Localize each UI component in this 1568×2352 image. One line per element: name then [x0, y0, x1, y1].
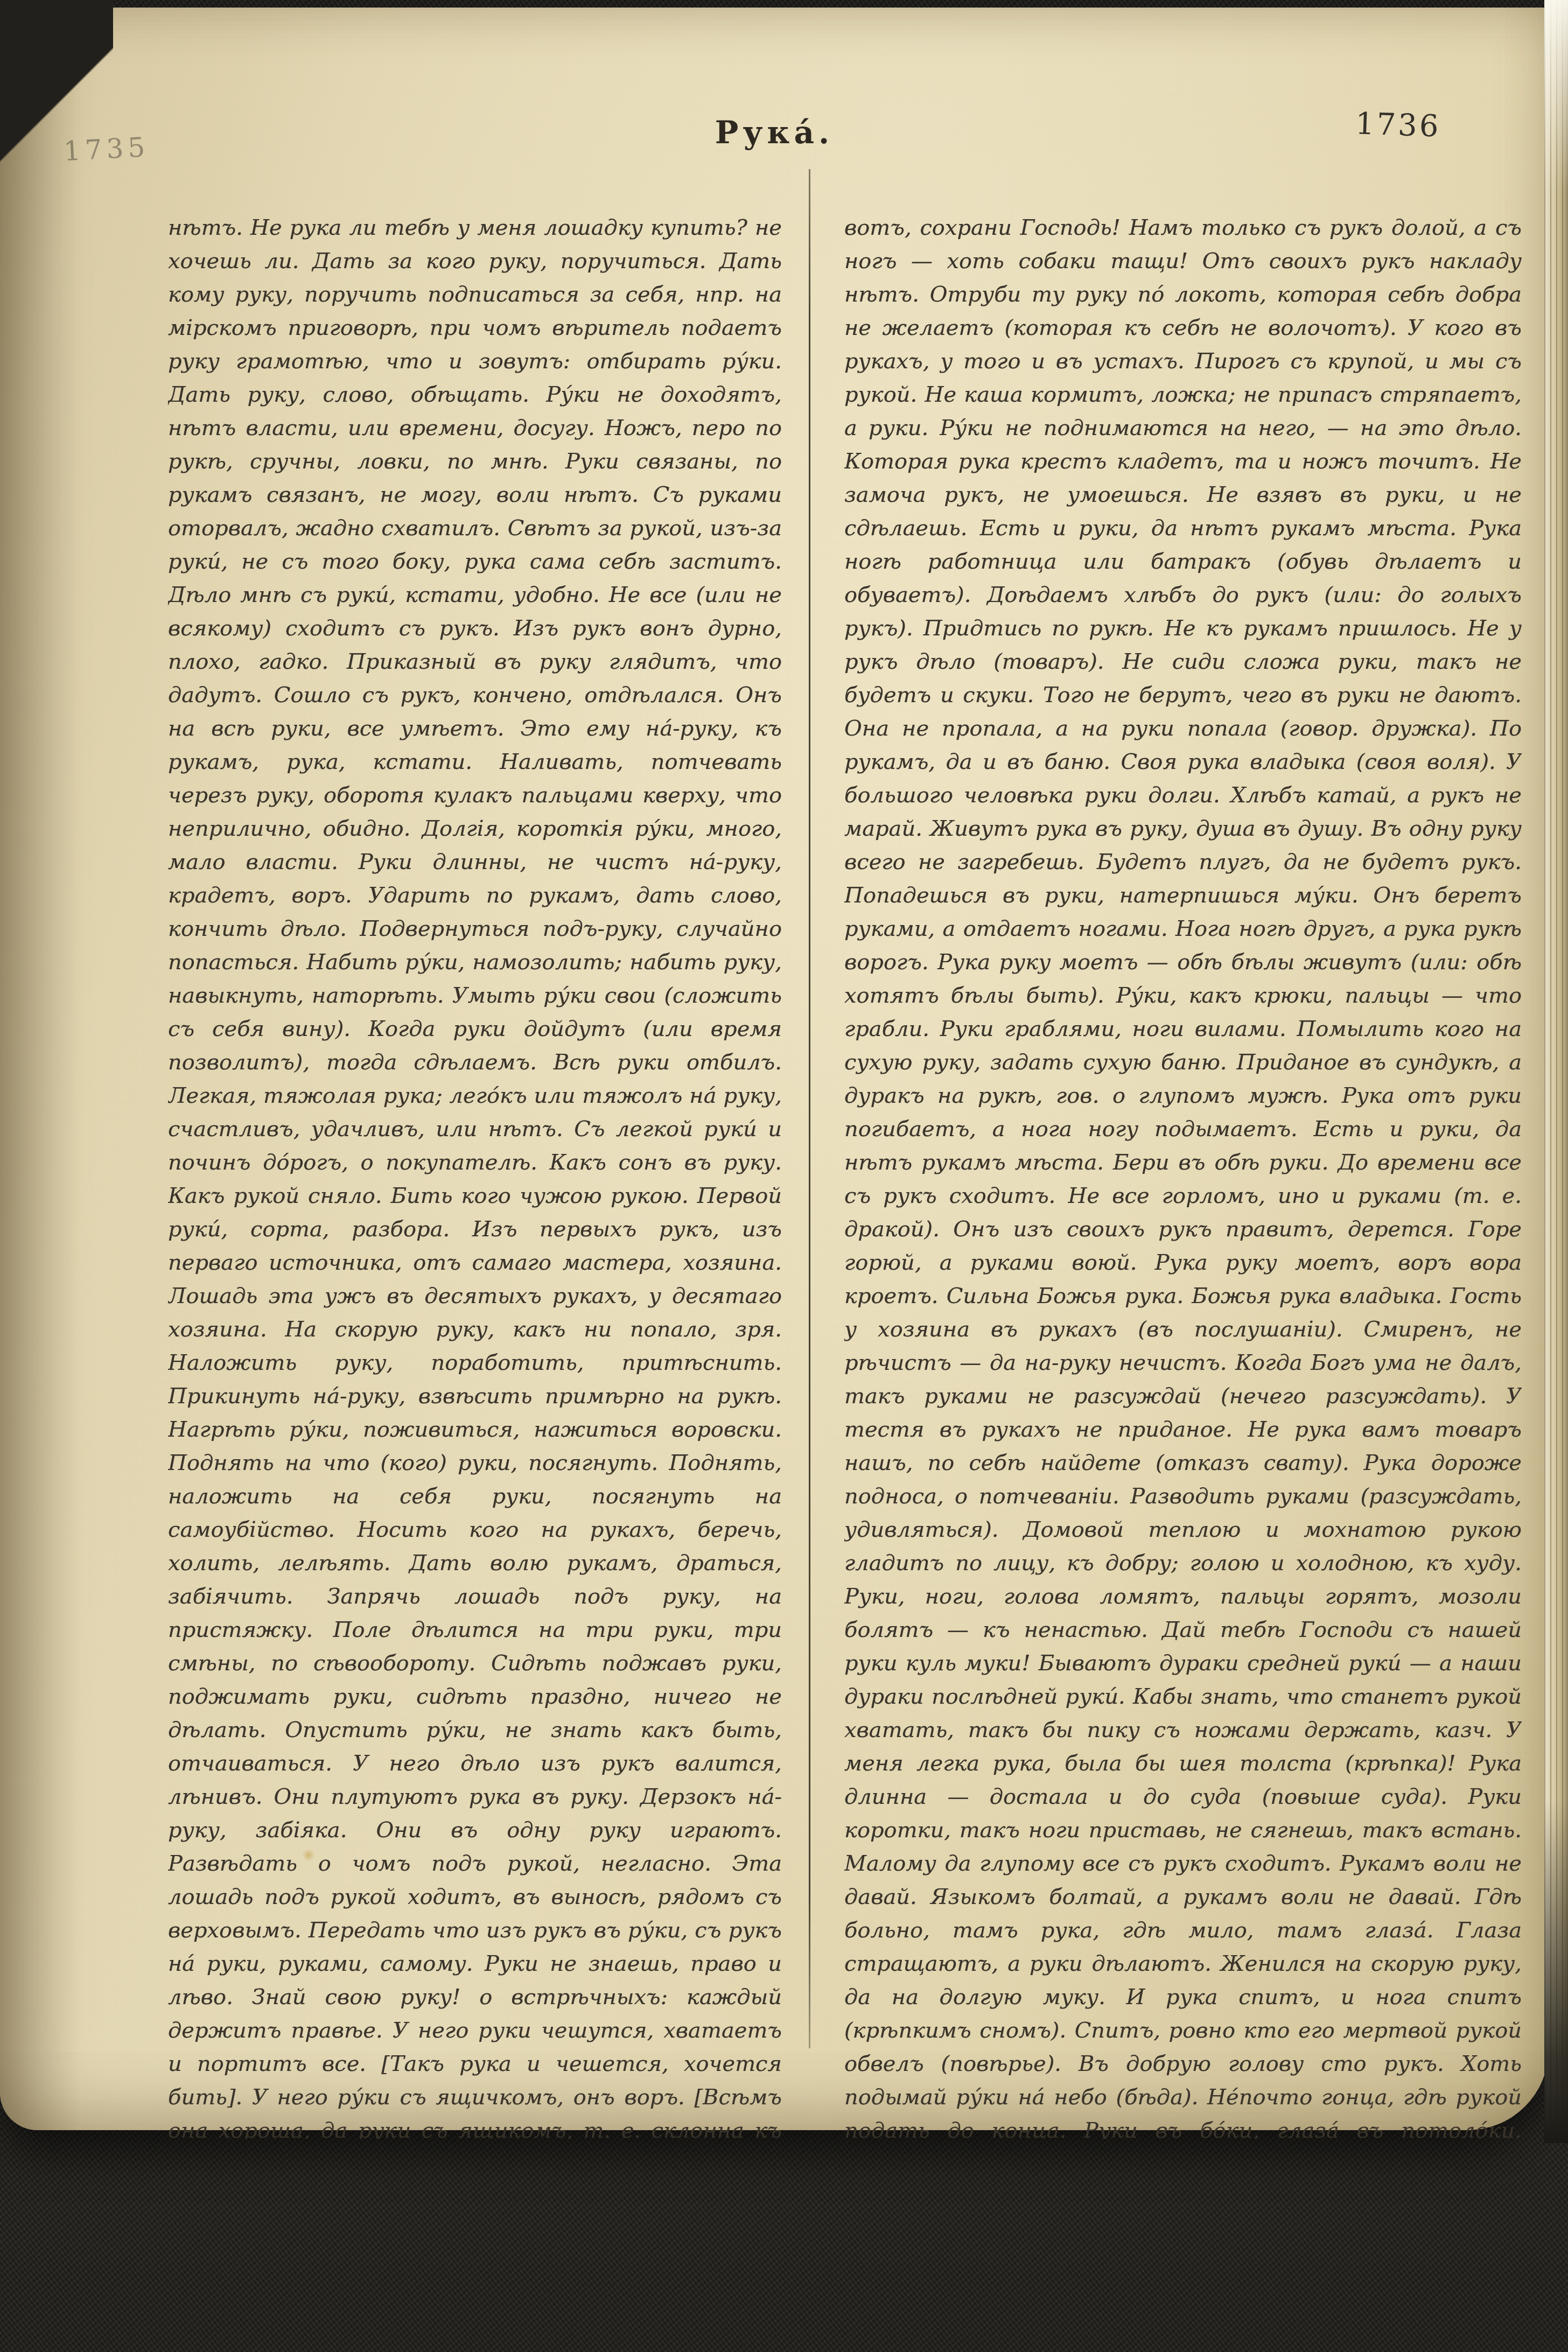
photo-corner-background [0, 0, 113, 178]
book-foreedge [1544, 0, 1568, 2143]
page-number-right: 1736 [1355, 106, 1441, 144]
paper-stain [302, 1849, 316, 1861]
scanned-book-photo: 1735 Рука́. 1736 нѣтъ. Не рука ли тебѣ у… [0, 0, 1568, 2352]
page-header: 1735 Рука́. 1736 [0, 114, 1549, 173]
dictionary-column-left: нѣтъ. Не рука ли тебѣ у меня лошадку куп… [168, 211, 782, 2139]
dictionary-column-right: вотъ, сохрани Господь! Намъ только съ ру… [844, 211, 1522, 2139]
book-page: 1735 Рука́. 1736 нѣтъ. Не рука ли тебѣ у… [0, 8, 1549, 2130]
dictionary-text-block: нѣтъ. Не рука ли тебѣ у меня лошадку куп… [0, 211, 1549, 2139]
running-head: Рука́. [715, 114, 834, 151]
